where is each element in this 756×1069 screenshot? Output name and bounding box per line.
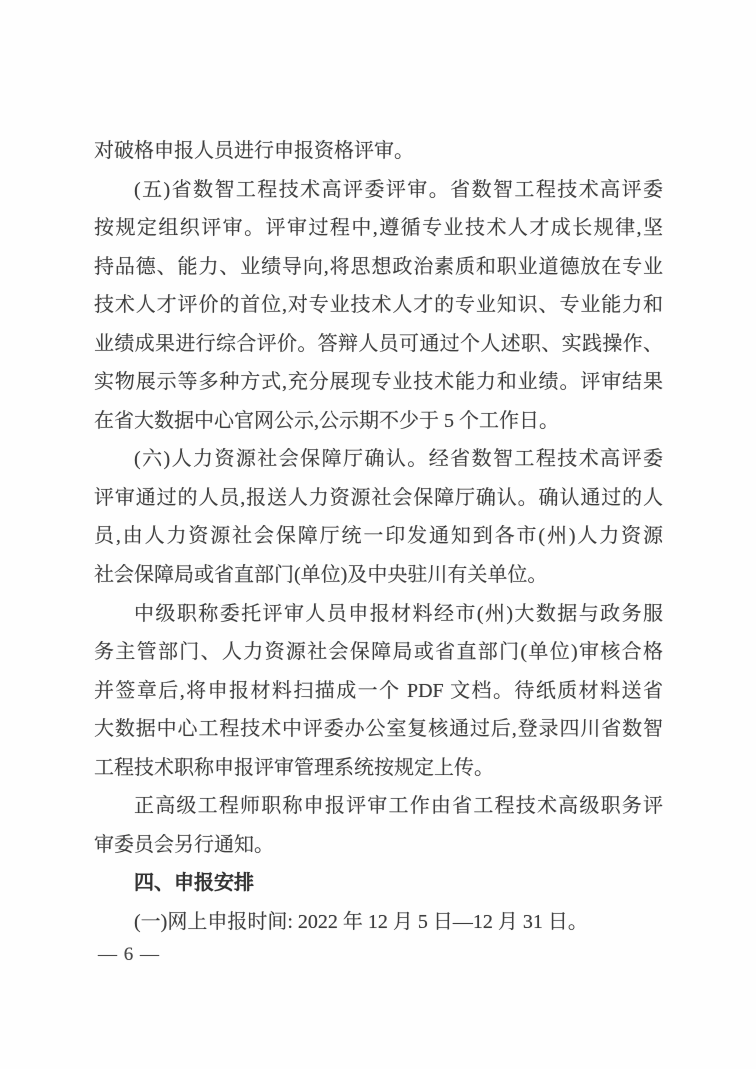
- doc-line: (一)网上申报时间: 2022 年 12 月 5 日—12 月 31 日。: [94, 903, 663, 942]
- page-number: — 6 —: [98, 944, 160, 966]
- doc-line: 中级职称委托评审人员申报材料经市(州)大数据与政务服: [94, 595, 663, 634]
- doc-line: 并签章后,将申报材料扫描成一个 PDF 文档。待纸质材料送省: [94, 672, 663, 711]
- doc-line: 审委员会另行通知。: [94, 826, 663, 865]
- doc-line: 业绩成果进行综合评价。答辩人员可通过个人述职、实践操作、: [94, 325, 663, 364]
- section-heading: 四、申报安排: [94, 864, 663, 903]
- doc-line: 大数据中心工程技术中评委办公室复核通过后,登录四川省数智: [94, 710, 663, 749]
- doc-line: (五)省数智工程技术高评委评审。省数智工程技术高评委: [94, 171, 663, 210]
- document-text-block: 对破格申报人员进行申报资格评审。 (五)省数智工程技术高评委评审。省数智工程技术…: [94, 132, 663, 941]
- doc-line: 工程技术职称申报评审管理系统按规定上传。: [94, 749, 663, 788]
- doc-line: 评审通过的人员,报送人力资源社会保障厅确认。确认通过的人: [94, 479, 663, 518]
- doc-line: 实物展示等多种方式,充分展现专业技术能力和业绩。评审结果: [94, 363, 663, 402]
- doc-line: 技术人才评价的首位,对专业技术人才的专业知识、专业能力和: [94, 286, 663, 325]
- doc-line: (六)人力资源社会保障厅确认。经省数智工程技术高评委: [94, 440, 663, 479]
- document-page: 对破格申报人员进行申报资格评审。 (五)省数智工程技术高评委评审。省数智工程技术…: [0, 0, 756, 1069]
- doc-line: 务主管部门、人力资源社会保障局或省直部门(单位)审核合格: [94, 633, 663, 672]
- doc-line: 正高级工程师职称申报评审工作由省工程技术高级职务评: [94, 787, 663, 826]
- doc-line: 持品德、能力、业绩导向,将思想政治素质和职业道德放在专业: [94, 248, 663, 287]
- doc-line: 社会保障局或省直部门(单位)及中央驻川有关单位。: [94, 556, 663, 595]
- doc-line: 按规定组织评审。评审过程中,遵循专业技术人才成长规律,坚: [94, 209, 663, 248]
- doc-line: 在省大数据中心官网公示,公示期不少于 5 个工作日。: [94, 402, 663, 441]
- doc-line: 对破格申报人员进行申报资格评审。: [94, 132, 663, 171]
- doc-line: 员,由人力资源社会保障厅统一印发通知到各市(州)人力资源: [94, 517, 663, 556]
